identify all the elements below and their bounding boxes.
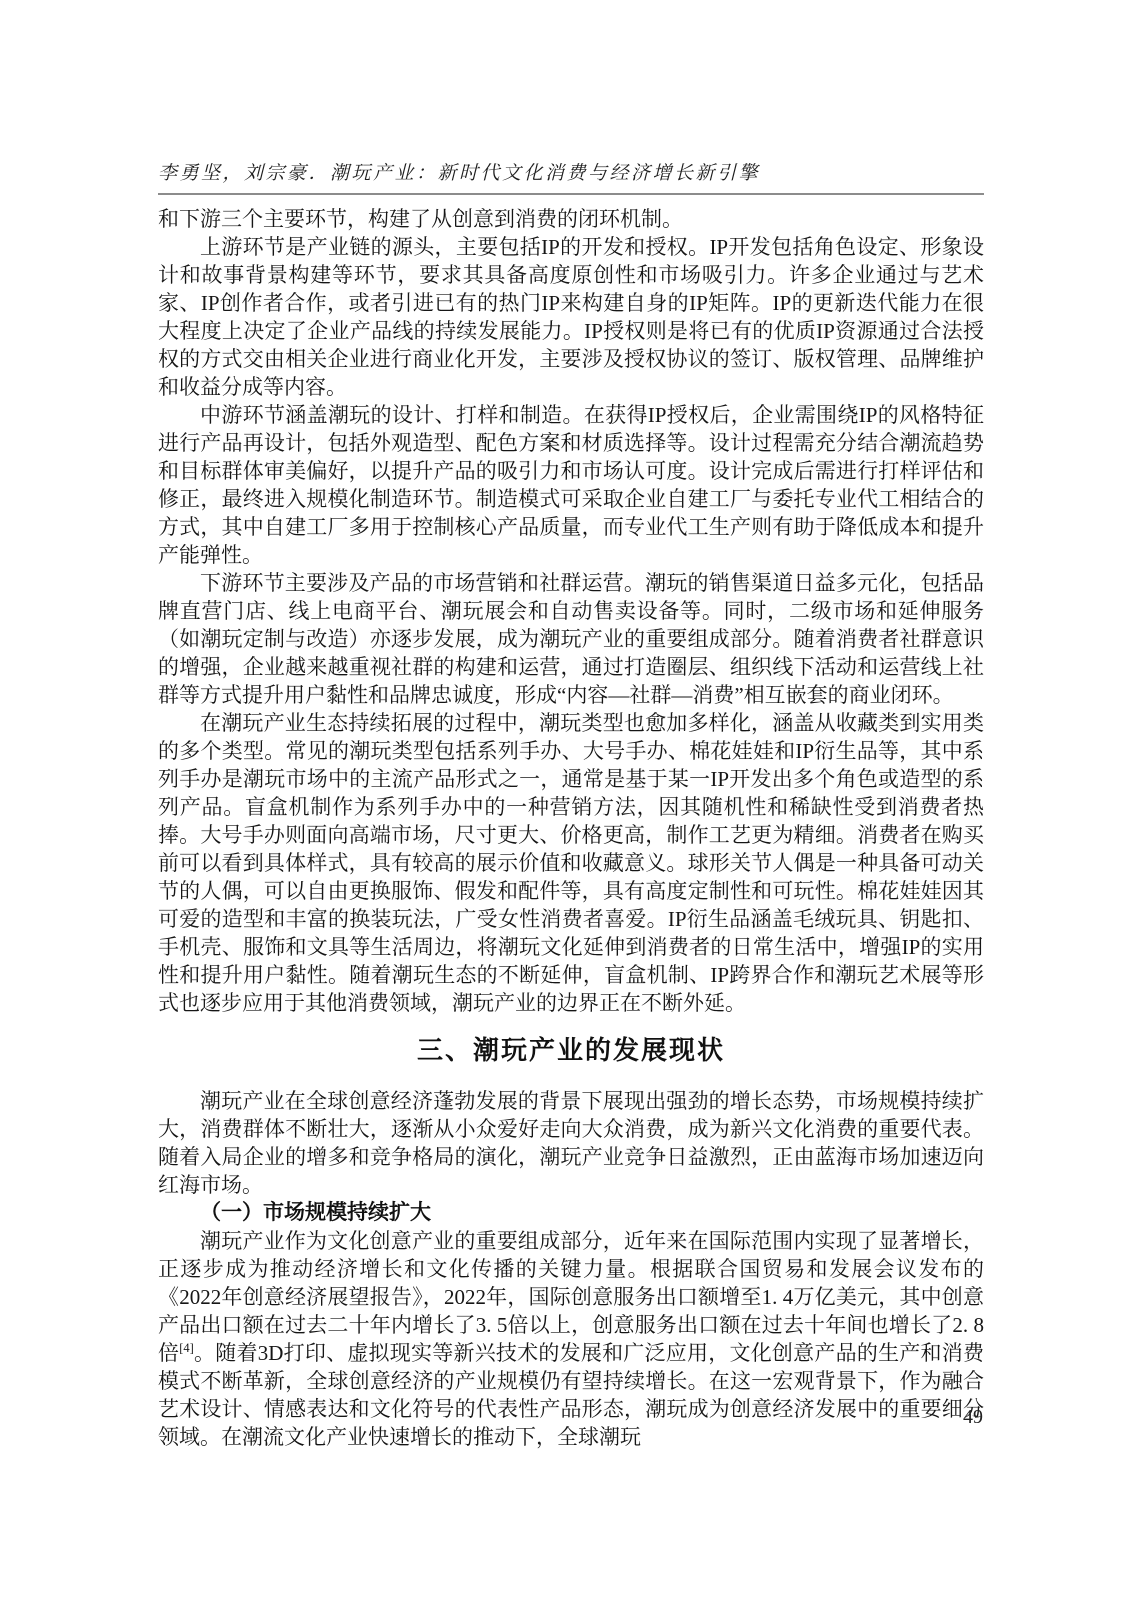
paragraph-market-scale: 潮玩产业作为文化创意产业的重要组成部分，近年来在国际范围内实现了显著增长，正逐步… (158, 1227, 984, 1451)
paragraph-midstream: 中游环节涵盖潮玩的设计、打样和制造。在获得IP授权后，企业需围绕IP的风格特征进… (158, 401, 984, 569)
paragraph-upstream: 上游环节是产业链的源头，主要包括IP的开发和授权。IP开发包括角色设定、形象设计… (158, 233, 984, 401)
content-area: 李勇坚，刘宗豪．潮玩产业：新时代文化消费与经济增长新引擎 和下游三个主要环节，构… (158, 162, 984, 1451)
header-rule (158, 193, 984, 195)
document-page: 李勇坚，刘宗豪．潮玩产业：新时代文化消费与经济增长新引擎 和下游三个主要环节，构… (0, 0, 1140, 1600)
footnote-ref-4: [4] (179, 1341, 194, 1355)
paragraph-downstream: 下游环节主要涉及产品的市场营销和社群运营。潮玩的销售渠道日益多元化，包括品牌直营… (158, 569, 984, 709)
running-header: 李勇坚，刘宗豪．潮玩产业：新时代文化消费与经济增长新引擎 (158, 162, 984, 185)
paragraph-section-intro: 潮玩产业在全球创意经济蓬勃发展的背景下展现出强劲的增长态势，市场规模持续扩大，消… (158, 1087, 984, 1199)
paragraph-toy-types: 在潮玩产业生态持续拓展的过程中，潮玩类型也愈加多样化，涵盖从收藏类到实用类的多个… (158, 709, 984, 1017)
page-number: 49 (963, 1406, 983, 1429)
article-body: 和下游三个主要环节，构建了从创意到消费的闭环机制。 上游环节是产业链的源头，主要… (158, 205, 984, 1451)
section-heading: 三、潮玩产业的发展现状 (158, 1033, 984, 1067)
paragraph-continuation: 和下游三个主要环节，构建了从创意到消费的闭环机制。 (158, 205, 984, 233)
subsection-heading: （一）市场规模持续扩大 (158, 1199, 984, 1227)
paragraph-text-after-ref: 。随着3D打印、虚拟现实等新兴技术的发展和广泛应用，文化创意产品的生产和消费模式… (158, 1341, 984, 1449)
